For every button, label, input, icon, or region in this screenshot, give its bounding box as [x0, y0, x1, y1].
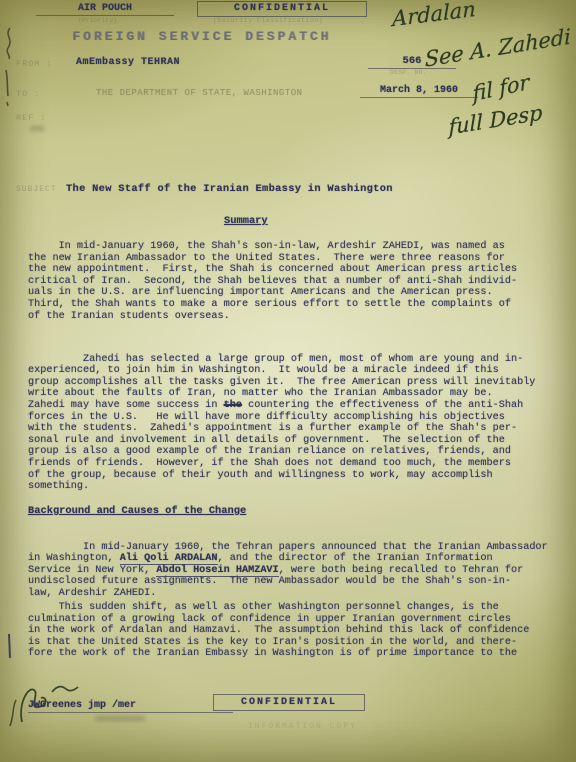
paragraph-text: countering the effectiveness of the anti…	[28, 400, 523, 492]
handwritten-note: fil for	[472, 70, 530, 106]
ref-label: REF :	[16, 113, 47, 123]
classification-note: (Security Classification)	[213, 17, 323, 24]
summary-heading: Summary	[224, 215, 268, 227]
document-page: AIR POUCH (Priority) CONFIDENTIAL (Secur…	[0, 0, 576, 762]
footer-classification-box: CONFIDENTIAL	[213, 694, 365, 711]
handwritten-note: Ardalan	[392, 0, 476, 31]
classification-box: CONFIDENTIAL	[197, 1, 367, 17]
information-copy-stamp: INFORMATION COPY	[248, 722, 357, 731]
underlined-name: Abdol Hosein HAMZAVI	[156, 565, 278, 577]
drafter-line: JWGreenes jmp /mer	[28, 700, 233, 713]
footer-classification-label: CONFIDENTIAL	[241, 697, 337, 708]
handwritten-note: See A. Zahedi	[425, 24, 571, 71]
summary-paragraph-1: In mid-January 1960, the Shah's son-in-l…	[28, 241, 517, 322]
subject-label: SUBJECT	[16, 185, 57, 194]
pouch-label: AIR POUCH	[78, 3, 132, 14]
background-heading: Background and Causes of the Change	[28, 505, 246, 517]
despatch-number-label: DESP. NO.	[390, 69, 427, 76]
from-value: AmEmbassy TEHRAN	[76, 57, 180, 68]
to-value: THE DEPARTMENT OF STATE, WASHINGTON	[96, 88, 303, 98]
pouch-line: AIR POUCH	[36, 3, 174, 16]
from-label: FROM :	[16, 59, 53, 69]
ink-smudge	[30, 126, 44, 131]
date-value: March 8, 1960	[360, 85, 478, 98]
summary-paragraph-2: Zahedi has selected a large group of men…	[28, 342, 535, 504]
underlined-name: Ali Qoli ARDALAN	[120, 553, 218, 565]
footer-smudge	[95, 716, 145, 721]
document-title: The New Staff of the Iranian Embassy in …	[66, 183, 393, 195]
drafter-initials: JWGreenes jmp /mer	[28, 700, 136, 711]
margin-tick	[3, 632, 15, 662]
classification-label: CONFIDENTIAL	[234, 3, 330, 14]
struck-word: the	[224, 400, 242, 411]
handwritten-note: full Desp	[448, 100, 542, 139]
pouch-note: (Priority)	[78, 17, 117, 24]
background-paragraph-2: This sudden shift, as well as other Wash…	[28, 602, 529, 660]
to-label: TO :	[16, 89, 40, 99]
background-paragraph-1: In mid-January 1960, the Tehran papers a…	[28, 530, 548, 611]
form-title: FOREIGN SERVICE DESPATCH	[72, 29, 331, 44]
